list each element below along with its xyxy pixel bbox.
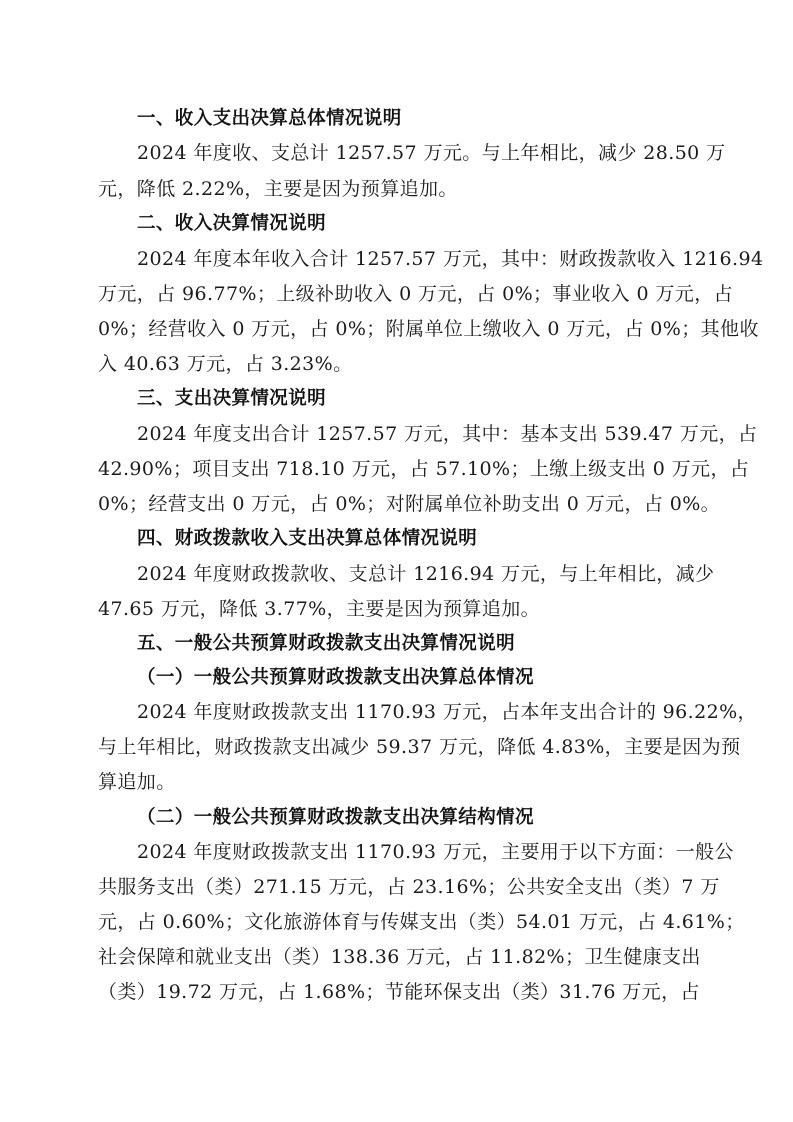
paragraph-line: 2024 年度本年收入合计 1257.57 万元，其中：财政拨款收入 1216.… [137,247,697,271]
paragraph-line: 42.90%；项目支出 718.10 万元，占 57.10%；上缴上级支出 0 … [98,457,697,481]
paragraph-line: 社会保障和就业支出（类）138.36 万元，占 11.82%；卫生健康支出 [98,945,697,969]
paragraph-line: 0%；经营收入 0 万元，占 0%；附属单位上缴收入 0 万元，占 0%；其他收 [98,317,697,341]
paragraph-line: 2024 年度收、支总计 1257.57 万元。与上年相比，减少 28.50 万 [137,141,697,165]
paragraph-line: 入 40.63 万元，占 3.23%。 [98,352,352,376]
paragraph-line: 2024 年度支出合计 1257.57 万元，其中：基本支出 539.47 万元… [137,422,697,446]
subsection-heading-5-1: （一）一般公共预算财政拨款支出决算总体情况 [137,666,534,690]
paragraph-line: 共服务支出（类）271.15 万元，占 23.16%；公共安全支出（类）7 万 [98,875,697,899]
document-page: 一、收入支出决算总体情况说明 2024 年度收、支总计 1257.57 万元。与… [0,0,793,1122]
paragraph-line: 元，占 0.60%；文化旅游体育与传媒支出（类）54.01 万元，占 4.61%… [98,910,697,934]
paragraph-line: 0%；经营支出 0 万元，占 0%；对附属单位补助支出 0 万元，占 0%。 [98,492,720,516]
paragraph-line: 万元，占 96.77%；上级补助收入 0 万元，占 0%；事业收入 0 万元，占 [98,282,697,306]
paragraph-line: 2024 年度财政拨款支出 1170.93 万元，占本年支出合计的 96.22%… [137,700,697,724]
paragraph-line: 47.65 万元，降低 3.77%，主要是因为预算追加。 [98,597,540,621]
subsection-heading-5-2: （二）一般公共预算财政拨款支出决算结构情况 [137,806,534,830]
paragraph-line: （类）19.72 万元，占 1.68%；节能环保支出（类）31.76 万元，占 [98,980,697,1004]
section-heading-2: 二、收入决算情况说明 [137,212,326,236]
paragraph-line: 元，降低 2.22%，主要是因为预算追加。 [98,177,458,201]
paragraph-line: 算追加。 [98,770,176,794]
section-heading-1: 一、收入支出决算总体情况说明 [137,107,402,131]
section-heading-5: 五、一般公共预算财政拨款支出决算情况说明 [137,632,515,656]
section-heading-3: 三、支出决算情况说明 [137,387,326,411]
section-heading-4: 四、财政拨款收入支出决算总体情况说明 [137,527,477,551]
paragraph-line: 与上年相比，财政拨款支出减少 59.37 万元，降低 4.83%，主要是因为预 [98,735,697,759]
paragraph-line: 2024 年度财政拨款支出 1170.93 万元，主要用于以下方面：一般公 [137,840,697,864]
paragraph-line: 2024 年度财政拨款收、支总计 1216.94 万元，与上年相比，减少 [137,562,697,586]
